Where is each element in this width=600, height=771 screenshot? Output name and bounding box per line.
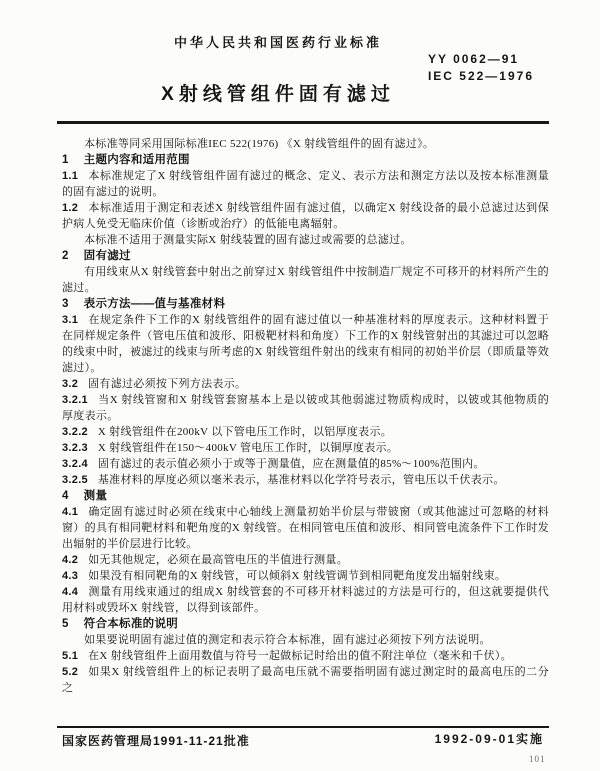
scope-exclusion-paragraph: 本标准不适用于测量实际X 射线装置的固有滤过或需要的总滤过。 — [62, 232, 549, 248]
clause-number: 1.2 — [62, 202, 78, 214]
clause-text: 当X 射线管窗和X 射线管套窗基本上是以铍或其他弱滤过物质构成时，以铍或其他物质… — [62, 394, 549, 422]
clause-text: 固有滤过的表示值必须小于或等于测量值，应在测量值的85%～100%范围内。 — [98, 458, 485, 470]
section-3-heading: 3表示方法——值与基准材料 — [62, 296, 549, 312]
document-title: X射线管组件固有滤过 — [0, 79, 578, 106]
clause-1-2: 1.2本标准适用于测定和表述X 射线管组件固有滤过值，以确定X 射线设备的最小总… — [62, 200, 549, 232]
section-title: 固有滤过 — [84, 250, 131, 262]
clause-1-1: 1.1本标准规定了X 射线管组件固有滤过的概念、定义、表示方法和测定方法以及按本… — [62, 168, 549, 200]
page-number: 101 — [529, 754, 546, 764]
clause-3-2-4: 3.2.4固有滤过的表示值必须小于或等于测量值，应在测量值的85%～100%范围… — [62, 456, 549, 472]
intro-paragraph: 本标准等同采用国际标准IEC 522(1976) 《X 射线管组件的固有滤过》。 — [62, 136, 549, 152]
clause-3-2-2: 3.2.2X 射线管组件在200kV 以下管电压工作时，以铝厚度表示。 — [62, 424, 549, 440]
clause-text: 测量有用线束通过的组成X 射线管套的不可移开材料滤过的方法是可行的，但这就要提供… — [62, 586, 549, 614]
clause-text: 基准材料的厚度必须以毫米表示，基准材料以化学符号表示，管电压以千伏表示。 — [98, 474, 505, 486]
footer-divider-rule — [57, 726, 549, 728]
section-title: 主题内容和适用范围 — [84, 154, 190, 166]
clause-3-2-5: 3.2.5基准材料的厚度必须以毫米表示，基准材料以化学符号表示，管电压以千伏表示… — [62, 472, 549, 488]
clause-text: X 射线管组件在200kV 以下管电压工作时，以铝厚度表示。 — [98, 426, 392, 438]
clause-number: 1.1 — [62, 170, 78, 182]
clause-text: 如果X 射线管组件上的标记表明了最高电压就不需要指明固有滤过测定时的最高电压的二… — [62, 666, 549, 694]
standard-org-line: 中华人民共和国医药行业标准 — [0, 32, 578, 51]
standard-number: YY 0062—91 — [428, 51, 534, 68]
clause-text: 如果没有相同靶角的X 射线管，可以倾斜X 射线管调节到相同靶角度发出辐射线束。 — [88, 570, 506, 582]
clause-number: 4.3 — [62, 570, 78, 582]
clause-text: 固有滤过必须按下列方法表示。 — [88, 378, 246, 390]
clause-text: 本标准规定了X 射线管组件固有滤过的概念、定义、表示方法和测定方法以及按本标准测… — [62, 170, 549, 198]
clause-5-2: 5.2如果X 射线管组件上的标记表明了最高电压就不需要指明固有滤过测定时的最高电… — [62, 664, 549, 696]
section-number: 2 — [62, 250, 69, 262]
section-title: 符合本标准的说明 — [84, 618, 178, 630]
section-title: 测量 — [84, 490, 108, 502]
clause-number: 4.2 — [62, 554, 78, 566]
clause-text: 本标准适用于测定和表述X 射线管组件固有滤过值，以确定X 射线设备的最小总滤过达… — [62, 202, 549, 230]
clause-number: 4.4 — [62, 586, 78, 598]
section-5-heading: 5符合本标准的说明 — [62, 616, 549, 632]
clause-number: 3.1 — [62, 314, 78, 326]
compliance-intro-paragraph: 如果要说明固有滤过值的测定和表示符合本标准，固有滤过必须按下列方法说明。 — [62, 632, 549, 648]
section-number: 3 — [62, 298, 69, 310]
section-4-heading: 4测量 — [62, 488, 549, 504]
clause-3-2: 3.2固有滤过必须按下列方法表示。 — [62, 376, 549, 392]
standard-document-page: 中华人民共和国医药行业标准 YY 0062—91 IEC 522—1976 X射… — [0, 0, 600, 771]
clause-number: 4.1 — [62, 506, 78, 518]
clause-4-4: 4.4测量有用线束通过的组成X 射线管套的不可移开材料滤过的方法是可行的，但这就… — [62, 584, 549, 616]
clause-text: 在规定条件下工作的X 射线管组件的固有滤过值以一种基准材料的厚度表示。这种材料置… — [62, 314, 549, 374]
clause-text: 确定固有滤过时必须在线束中心轴线上测量初始半价层与带铍窗（或其他滤过可忽略的材料… — [62, 506, 549, 550]
clause-number: 3.2.1 — [62, 394, 88, 406]
section-2-heading: 2固有滤过 — [62, 248, 549, 264]
approval-line: 国家医药管理局1991-11-21批准 — [62, 732, 250, 749]
clause-text: 如无其他规定，必须在最高管电压的半值进行测量。 — [88, 554, 348, 566]
section-title: 表示方法——值与基准材料 — [84, 298, 226, 310]
clause-3-2-3: 3.2.3X 射线管组件在150～400kV 管电压工作时，以铜厚度表示。 — [62, 440, 549, 456]
section-1-heading: 1主题内容和适用范围 — [62, 152, 549, 168]
clause-number: 3.2.3 — [62, 442, 88, 454]
section-number: 5 — [62, 618, 69, 630]
section-number: 1 — [62, 154, 69, 166]
clause-number: 3.2 — [62, 378, 78, 390]
clause-number: 5.2 — [62, 666, 78, 678]
clause-4-1: 4.1确定固有滤过时必须在线束中心轴线上测量初始半价层与带铍窗（或其他滤过可忽略… — [62, 504, 549, 552]
document-body: 本标准等同采用国际标准IEC 522(1976) 《X 射线管组件的固有滤过》。… — [62, 136, 549, 696]
implementation-line: 1992-09-01实施 — [435, 730, 544, 747]
clause-number: 3.2.5 — [62, 474, 88, 486]
clause-text: 在X 射线管组件上面用数值与符号一起做标记时给出的值不附注单位（毫米和千伏）。 — [88, 650, 512, 662]
section-number: 4 — [62, 490, 69, 502]
clause-number: 5.1 — [62, 650, 78, 662]
clause-number: 3.2.4 — [62, 458, 88, 470]
clause-4-2: 4.2如无其他规定，必须在最高管电压的半值进行测量。 — [62, 552, 549, 568]
header-divider-rule — [57, 121, 549, 124]
clause-3-2-1: 3.2.1当X 射线管窗和X 射线管套窗基本上是以铍或其他弱滤过物质构成时，以铍… — [62, 392, 549, 424]
clause-4-3: 4.3如果没有相同靶角的X 射线管，可以倾斜X 射线管调节到相同靶角度发出辐射线… — [62, 568, 549, 584]
clause-3-1: 3.1在规定条件下工作的X 射线管组件的固有滤过值以一种基准材料的厚度表示。这种… — [62, 312, 549, 376]
clause-5-1: 5.1在X 射线管组件上面用数值与符号一起做标记时给出的值不附注单位（毫米和千伏… — [62, 648, 549, 664]
clause-number: 3.2.2 — [62, 426, 88, 438]
definition-paragraph: 有用线束从X 射线管套中射出之前穿过X 射线管组件中按制造厂规定不可移开的材料所… — [62, 264, 549, 296]
clause-text: X 射线管组件在150～400kV 管电压工作时，以铜厚度表示。 — [98, 442, 398, 454]
